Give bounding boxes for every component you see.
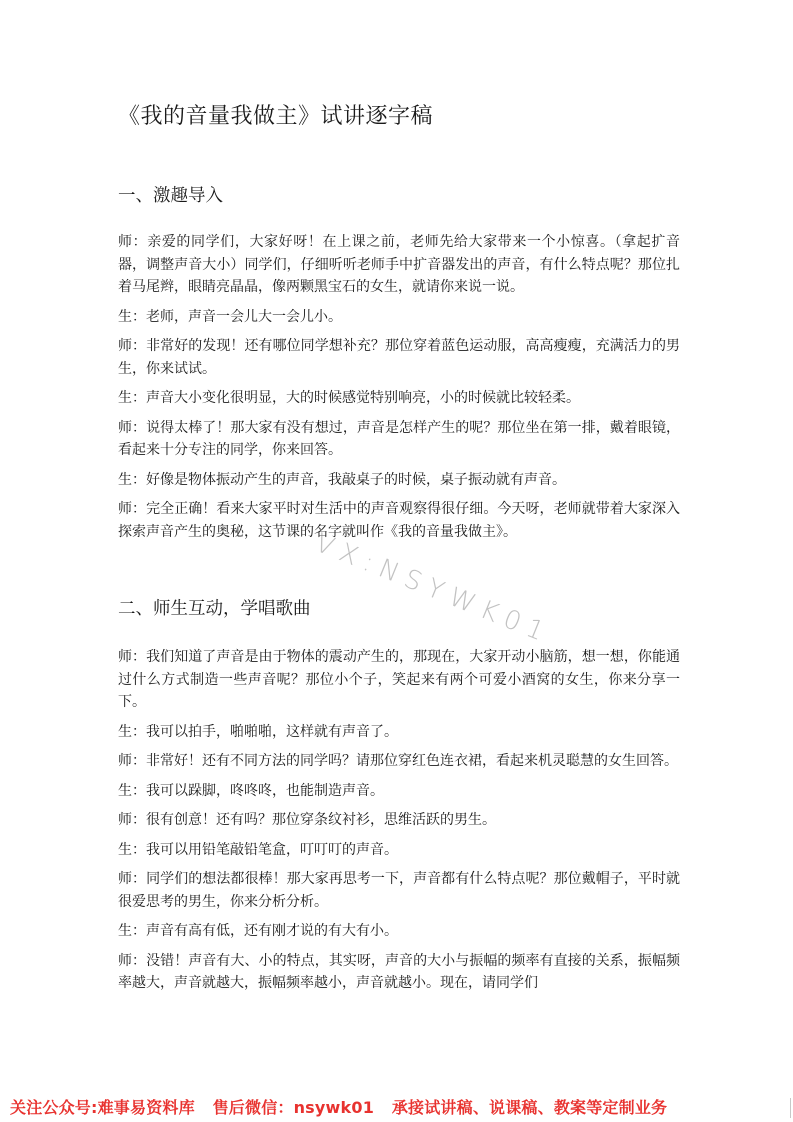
footer-services: 承接试讲稿、说课稿、教案等定制业务: [392, 1098, 667, 1117]
page-edge-divider: [790, 1098, 791, 1118]
paragraph: 师：我们知道了声音是由于物体的震动产生的，那现在，大家开动小脑筋，想一想，你能通…: [118, 646, 680, 714]
paragraph: 师：非常好！还有不同方法的同学吗？请那位穿红色连衣裙，看起来机灵聪慧的女生回答。: [118, 750, 680, 773]
section-heading-2: 二、师生互动，学唱歌曲: [118, 596, 311, 622]
paragraph: 生：我可以用铅笔敲铅笔盒，叮叮叮的声音。: [118, 839, 680, 862]
paragraph: 生：我可以跺脚，咚咚咚，也能制造声音。: [118, 780, 680, 803]
paragraph: 师：没错！声音有大、小的特点，其实呀，声音的大小与振幅的频率有直接的关系，振幅频…: [118, 950, 680, 995]
footer-wechat-account: 关注公众号:难事易资料库: [10, 1098, 195, 1117]
paragraph: 生：老师，声音一会儿大一会儿小。: [118, 306, 680, 329]
document-page: 《我的音量我做主》试讲逐字稿 一、激趣导入 师：亲爱的同学们，大家好呀！在上课之…: [0, 0, 793, 1122]
paragraph: 师：很有创意！还有吗？那位穿条纹衬衫，思维活跃的男生。: [118, 809, 680, 832]
section-heading-1: 一、激趣导入: [118, 183, 223, 209]
paragraph: 生：好像是物体振动产生的声音，我敲桌子的时候，桌子振动就有声音。: [118, 469, 680, 492]
section-2-body: 师：我们知道了声音是由于物体的震动产生的，那现在，大家开动小脑筋，想一想，你能通…: [118, 646, 680, 1002]
paragraph: 师：完全正确！看来大家平时对生活中的声音观察得很仔细。今天呀，老师就带着大家深入…: [118, 498, 680, 543]
paragraph: 师：说得太棒了！那大家有没有想过，声音是怎样产生的呢？那位坐在第一排，戴着眼镜，…: [118, 417, 680, 462]
document-title: 《我的音量我做主》试讲逐字稿: [118, 101, 433, 133]
paragraph: 师：非常好的发现！还有哪位同学想补充？那位穿着蓝色运动服，高高瘦瘦，充满活力的男…: [118, 335, 680, 380]
section-1-body: 师：亲爱的同学们，大家好呀！在上课之前，老师先给大家带来一个小惊喜。（拿起扩音器…: [118, 231, 680, 550]
paragraph: 生：声音有高有低，还有刚才说的有大有小。: [118, 920, 680, 943]
paragraph: 生：声音大小变化很明显，大的时候感觉特别响亮，小的时候就比较轻柔。: [118, 387, 680, 410]
paragraph: 生：我可以拍手，啪啪啪，这样就有声音了。: [118, 721, 680, 744]
footer-ad-banner: 关注公众号:难事易资料库 售后微信：nsywk01 承接试讲稿、说课稿、教案等定…: [10, 1097, 679, 1119]
footer-support-wechat: 售后微信：nsywk01: [213, 1098, 374, 1117]
paragraph: 师：亲爱的同学们，大家好呀！在上课之前，老师先给大家带来一个小惊喜。（拿起扩音器…: [118, 231, 680, 299]
paragraph: 师：同学们的想法都很棒！那大家再思考一下，声音都有什么特点呢？那位戴帽子，平时就…: [118, 868, 680, 913]
